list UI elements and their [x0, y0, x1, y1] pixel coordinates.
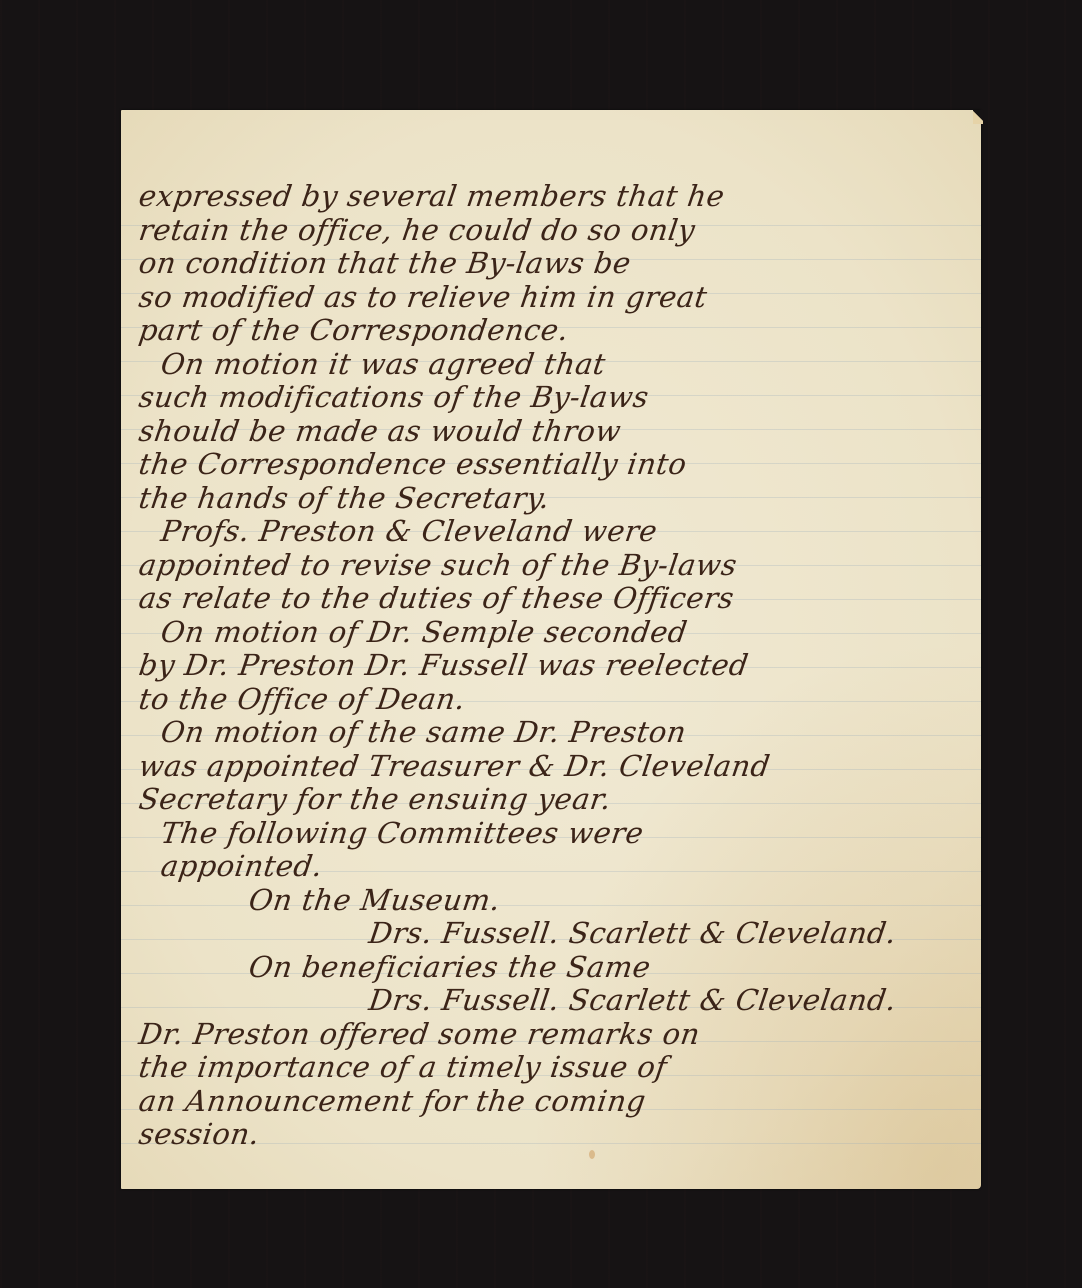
- text-line: by Dr. Preston Dr. Fussell was reelected: [137, 649, 972, 683]
- text-line: the Correspondence essentially into: [137, 448, 972, 482]
- manuscript-page: expressed by several members that he ret…: [121, 110, 981, 1189]
- text-line: Drs. Fussell. Scarlett & Cleveland.: [137, 917, 972, 951]
- text-line: session.: [137, 1118, 972, 1152]
- text-line: an Announcement for the coming: [137, 1085, 972, 1119]
- text-line: as relate to the duties of these Officer…: [137, 582, 972, 616]
- text-line: On motion it was agreed that: [137, 348, 972, 382]
- text-line: The following Committees were: [137, 817, 972, 851]
- text-line: on condition that the By-laws be: [137, 247, 972, 281]
- page-corner-fold: [973, 110, 983, 124]
- text-line: retain the office, he could do so only: [137, 214, 972, 248]
- text-line: the importance of a timely issue of: [137, 1051, 972, 1085]
- text-line: Dr. Preston offered some remarks on: [137, 1018, 972, 1052]
- handwritten-text-block: expressed by several members that he ret…: [139, 180, 969, 1152]
- text-line: should be made as would throw: [137, 415, 972, 449]
- text-line: such modifications of the By-laws: [137, 381, 972, 415]
- text-line: On motion of the same Dr. Preston: [137, 716, 972, 750]
- text-line: appointed to revise such of the By-laws: [137, 549, 972, 583]
- text-line: appointed.: [137, 850, 972, 884]
- text-line: On motion of Dr. Semple seconded: [137, 616, 972, 650]
- text-line: Secretary for the ensuing year.: [137, 783, 972, 817]
- text-line: Profs. Preston & Cleveland were: [137, 515, 972, 549]
- text-line: expressed by several members that he: [137, 180, 972, 214]
- text-line: Drs. Fussell. Scarlett & Cleveland.: [137, 984, 972, 1018]
- text-line: to the Office of Dean.: [137, 683, 972, 717]
- text-line: the hands of the Secretary.: [137, 482, 972, 516]
- text-line: On beneficiaries the Same: [137, 951, 972, 985]
- text-line: so modified as to relieve him in great: [137, 281, 972, 315]
- text-line: was appointed Treasurer & Dr. Cleveland: [137, 750, 972, 784]
- text-line: part of the Correspondence.: [137, 314, 972, 348]
- text-line: On the Museum.: [137, 884, 972, 918]
